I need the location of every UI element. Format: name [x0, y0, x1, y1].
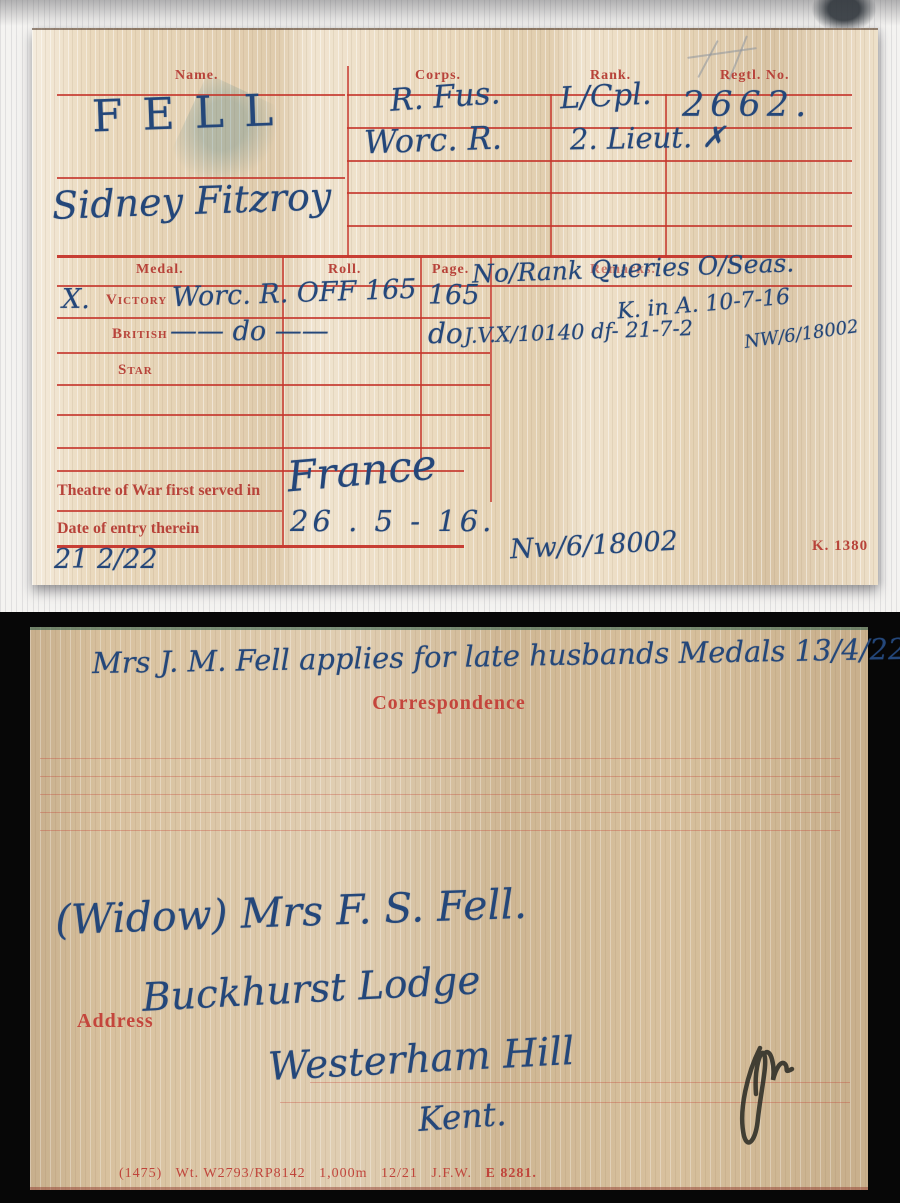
rule-line — [40, 776, 840, 777]
rule-line — [57, 510, 282, 512]
scan-background-bottom: Mrs J. M. Fell applies for late husbands… — [0, 612, 900, 1203]
correspondence-note: Mrs J. M. Fell applies for late husbands… — [92, 635, 900, 678]
medal-index-card-front: Name. Corps. Rank. Regtl. No. FELL Sidne… — [32, 28, 878, 585]
forenames-entry: Sidney Fitzroy — [51, 177, 331, 225]
medal-index-card-back: Mrs J. M. Fell applies for late husbands… — [30, 627, 868, 1190]
scribble-icon — [728, 1038, 800, 1153]
rule-line — [420, 257, 422, 462]
medal-column-header: Medal. — [136, 262, 184, 278]
correspondence-section-label: Correspondence — [30, 692, 868, 715]
rule-line — [665, 94, 667, 257]
print-code-text: (1475) Wt. W2793/RP8142 1,000m 12/21 J.F… — [119, 1166, 472, 1181]
british-roll-entry: —— do —— — [170, 318, 329, 345]
rule-line — [57, 352, 490, 354]
victory-medal-mark: X. — [62, 286, 90, 313]
victory-roll-entry: Worc. R. OFF 165 — [172, 276, 417, 312]
corps-entry-2: Worc. R. — [363, 122, 502, 159]
rule-line — [57, 384, 490, 386]
corps-entry-1: R. Fus. — [389, 78, 501, 117]
rule-line — [40, 830, 840, 831]
name-field-label: Name. — [175, 68, 219, 84]
victory-medal-label: Victory — [106, 292, 167, 309]
british-page-entry: do — [428, 320, 463, 348]
print-code-line: (1475) Wt. W2793/RP8142 1,000m 12/21 J.F… — [92, 1150, 537, 1198]
regtl-no-field-label: Regtl. No. — [720, 68, 790, 84]
address-line-1: Buckhurst Lodge — [141, 961, 481, 1018]
rule-line — [40, 794, 840, 795]
margin-note-centre: Nw/6/18002 — [509, 528, 678, 564]
rule-line — [40, 758, 840, 759]
scanned-medal-index-card-page: { "colors": { "card_front_bg": "#ead9bd"… — [0, 0, 900, 1203]
rule-line — [40, 812, 840, 813]
print-ref-text: E 8281. — [485, 1166, 536, 1181]
surname-entry: FELL — [91, 89, 294, 140]
addressee-entry: (Widow) Mrs F. S. Fell. — [54, 884, 527, 941]
theatre-of-war-entry: France — [285, 444, 438, 499]
address-line-2: Westerham Hill — [267, 1032, 575, 1087]
rule-line — [57, 414, 490, 416]
rank-entry-2: 2. Lieut. ✗ — [570, 123, 726, 155]
address-line-3: Kent. — [417, 1097, 507, 1136]
form-reference: K. 1380 — [812, 538, 868, 555]
margin-note-left: 21 2/22 — [54, 546, 158, 573]
rule-line — [347, 192, 852, 194]
pencil-mark — [697, 40, 718, 78]
star-medal-label: Star — [118, 362, 153, 379]
page-column-header: Page. — [432, 262, 469, 278]
scan-background-top: Name. Corps. Rank. Regtl. No. FELL Sidne… — [0, 0, 900, 612]
rule-line — [550, 94, 552, 257]
rule-line — [347, 66, 349, 257]
print-code-ref: E 8281. — [472, 1166, 537, 1181]
rule-line — [347, 225, 852, 227]
date-of-entry-label: Date of entry therein — [57, 520, 199, 538]
rank-entry-1: L/Cpl. — [559, 80, 652, 115]
pencil-mark — [687, 47, 757, 59]
remarks-note-3: J.V.X/10140 df- 21-7-2 — [464, 318, 694, 347]
british-medal-label: British — [112, 326, 168, 343]
date-of-entry-entry: 26 . 5 - 16. — [290, 507, 495, 536]
rule-line — [490, 257, 492, 502]
regtl-no-entry: 2662. — [682, 88, 812, 123]
theatre-of-war-label: Theatre of War first served in — [57, 482, 260, 500]
remarks-note-4: NW/6/18002 — [743, 318, 859, 352]
rule-line — [347, 160, 852, 162]
pencil-initials-scribble — [728, 1038, 800, 1158]
